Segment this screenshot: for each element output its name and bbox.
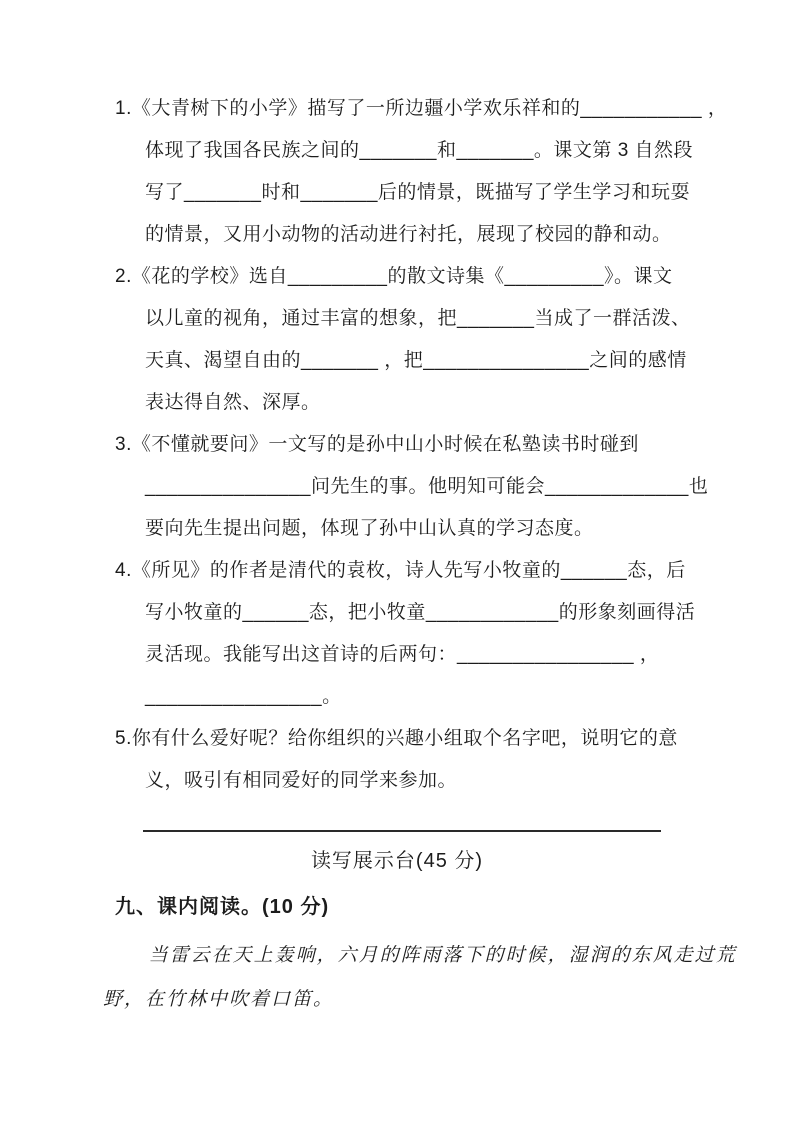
section-title: 读写展示台(45 分): [115, 846, 679, 876]
question-2: 2.《花的学校》选自_________的散文诗集《_________》。课文 以…: [115, 256, 707, 424]
question-line: 5.你有什么爱好呢？给你组织的兴趣小组取个名字吧，说明它的意: [145, 718, 707, 760]
question-3: 3.《不懂就要问》一文写的是孙中山小时候在私塾读书时碰到 ___________…: [115, 424, 707, 550]
question-4: 4.《所见》的作者是清代的袁枚，诗人先写小牧童的______态，后 写小牧童的_…: [115, 550, 707, 718]
question-line: 要向先生提出问题，体现了孙中山认真的学习态度。: [145, 508, 707, 550]
question-line: 2.《花的学校》选自_________的散文诗集《_________》。课文: [145, 256, 707, 298]
question-line: 的情景，又用小动物的活动进行衬托，展现了校园的静和动。: [145, 214, 707, 256]
question-line: 4.《所见》的作者是清代的袁枚，诗人先写小牧童的______态，后: [145, 550, 707, 592]
question-line: 表达得自然、深厚。: [145, 382, 707, 424]
question-1: 1.《大青树下的小学》描写了一所边疆小学欢乐祥和的___________ ， 体…: [115, 88, 707, 256]
passage-line: 当雷云在天上轰响，六月的阵雨落下的时候，湿润的东风走过荒: [103, 934, 707, 978]
question-line: 以儿童的视角，通过丰富的想象，把_______当成了一群活泼、: [145, 298, 707, 340]
answer-blank-line: [143, 830, 661, 832]
subsection-nine-heading: 九、课内阅读。(10 分): [115, 892, 707, 922]
question-line: _______________问先生的事。他明知可能会_____________…: [145, 466, 707, 508]
exam-page: 1.《大青树下的小学》描写了一所边疆小学欢乐祥和的___________ ， 体…: [0, 0, 793, 1122]
question-line: 义，吸引有相同爱好的同学来参加。: [145, 760, 707, 802]
question-line: 体现了我国各民族之间的_______和_______。课文第 3 自然段: [145, 130, 707, 172]
question-line: 写了_______时和_______后的情景，既描写了学生学习和玩耍: [145, 172, 707, 214]
passage-line: 野，在竹林中吹着口笛。: [103, 978, 707, 1022]
reading-passage: 当雷云在天上轰响，六月的阵雨落下的时候，湿润的东风走过荒 野，在竹林中吹着口笛。: [103, 934, 707, 1022]
question-line: 1.《大青树下的小学》描写了一所边疆小学欢乐祥和的___________ ，: [145, 88, 707, 130]
question-line: 灵活现。我能写出这首诗的后两句：________________ ，: [145, 634, 707, 676]
question-line: ________________。: [145, 676, 707, 718]
question-line: 写小牧童的______态，把小牧童____________的形象刻画得活: [145, 592, 707, 634]
question-line: 3.《不懂就要问》一文写的是孙中山小时候在私塾读书时碰到: [145, 424, 707, 466]
question-5: 5.你有什么爱好呢？给你组织的兴趣小组取个名字吧，说明它的意 义，吸引有相同爱好…: [115, 718, 707, 802]
question-line: 天真、渴望自由的_______ ，把_______________之间的感情: [145, 340, 707, 382]
fill-in-blank-section: 1.《大青树下的小学》描写了一所边疆小学欢乐祥和的___________ ， 体…: [115, 88, 707, 802]
